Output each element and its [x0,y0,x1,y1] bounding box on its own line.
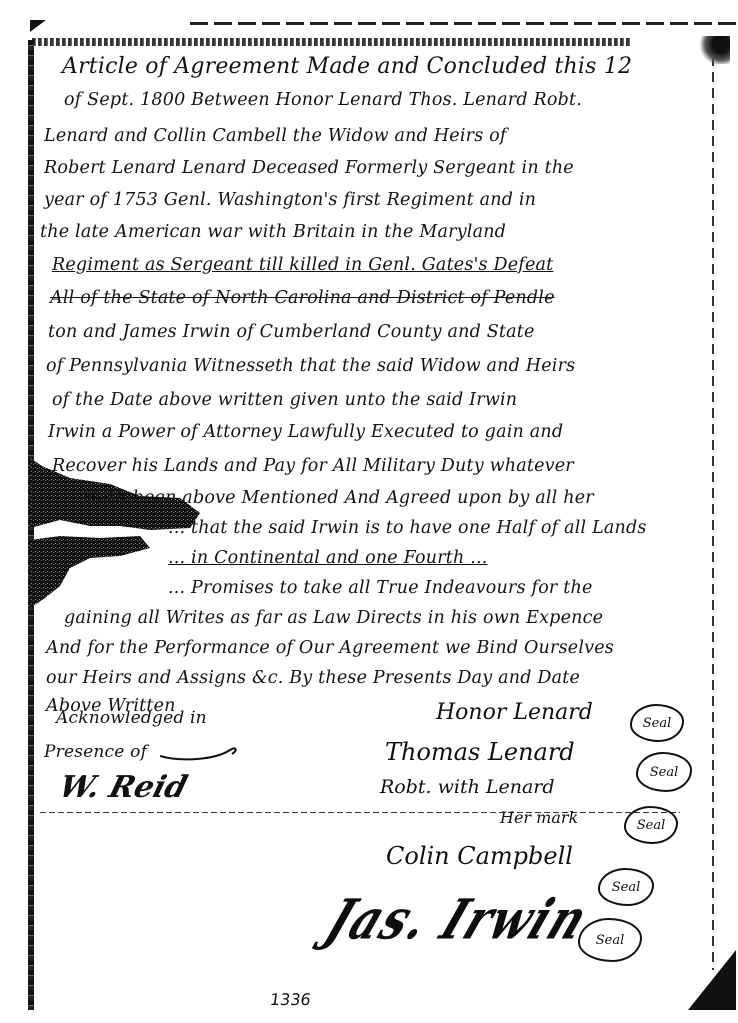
seal-1: Seal [630,704,684,742]
scanned-document-page: Article of Agreement Made and Concluded … [0,0,738,1023]
scan-top-edge [190,22,738,25]
seal-4: Seal [624,806,678,844]
doc-line-18: gaining all Writes as far as Law Directs… [64,608,603,628]
second-party-signature: Jas. Irwin [317,889,598,953]
scan-corner-artifact-bottom-right [688,950,736,1010]
witness-heading-line-2: Presence of [44,742,147,762]
signatory-4-name: Her mark [500,808,578,827]
doc-line-17: ... Promises to take all True Indeavours… [168,578,593,598]
doc-line-13: Recover his Lands and Pay for All Milita… [52,456,574,476]
doc-line-10: of Pennsylvania Witnesseth that the said… [46,356,575,376]
doc-line-5: year of 1753 Genl. Washington's first Re… [44,190,536,210]
doc-line-7: Regiment as Sergeant till killed in Genl… [52,255,553,275]
page-number: 1336 [269,990,312,1009]
doc-line-6: the late American war with Britain in th… [40,222,506,242]
flourish-stroke [160,744,240,764]
second-party-seal: Seal [578,918,642,962]
witness-heading-line-1: Acknowledged in [56,708,207,728]
signature-baseline [40,812,680,813]
doc-line-15: ... that the said Irwin is to have one H… [168,518,647,538]
paper-damage-top-right [700,36,730,64]
signatory-5-name: Colin Campbell [386,842,573,870]
doc-line-20: our Heirs and Assigns &c. By these Prese… [46,668,580,688]
doc-line-1: Article of Agreement Made and Concluded … [62,54,632,79]
doc-line-3: Lenard and Collin Cambell the Widow and … [44,126,507,146]
doc-line-2: of Sept. 1800 Between Honor Lenard Thos.… [64,90,582,110]
doc-line-8: All of the State of North Carolina and D… [50,288,555,308]
scan-corner-artifact [30,20,46,32]
doc-line-16: ... in Continental and one Fourth ... [168,548,488,568]
doc-line-12: Irwin a Power of Attorney Lawfully Execu… [48,422,563,442]
witness-signature: W. Reid [55,770,191,805]
signatory-2-name: Thomas Lenard [385,738,575,766]
paper-top-edge [32,38,632,46]
seal-5: Seal [598,868,654,906]
doc-line-19: And for the Performance of Our Agreement… [46,638,614,658]
doc-line-14: Hath been above Mentioned And Agreed upo… [82,488,594,508]
signatory-1-name: Honor Lenard [436,700,593,725]
doc-line-9: ton and James Irwin of Cumberland County… [48,322,535,342]
doc-line-4: Robert Lenard Lenard Deceased Formerly S… [44,158,574,178]
signatory-3-name: Robt. with Lenard [380,776,555,798]
paper-right-margin-line [712,40,714,970]
doc-line-11: of the Date above written given unto the… [52,390,517,410]
seal-2: Seal [636,752,692,792]
